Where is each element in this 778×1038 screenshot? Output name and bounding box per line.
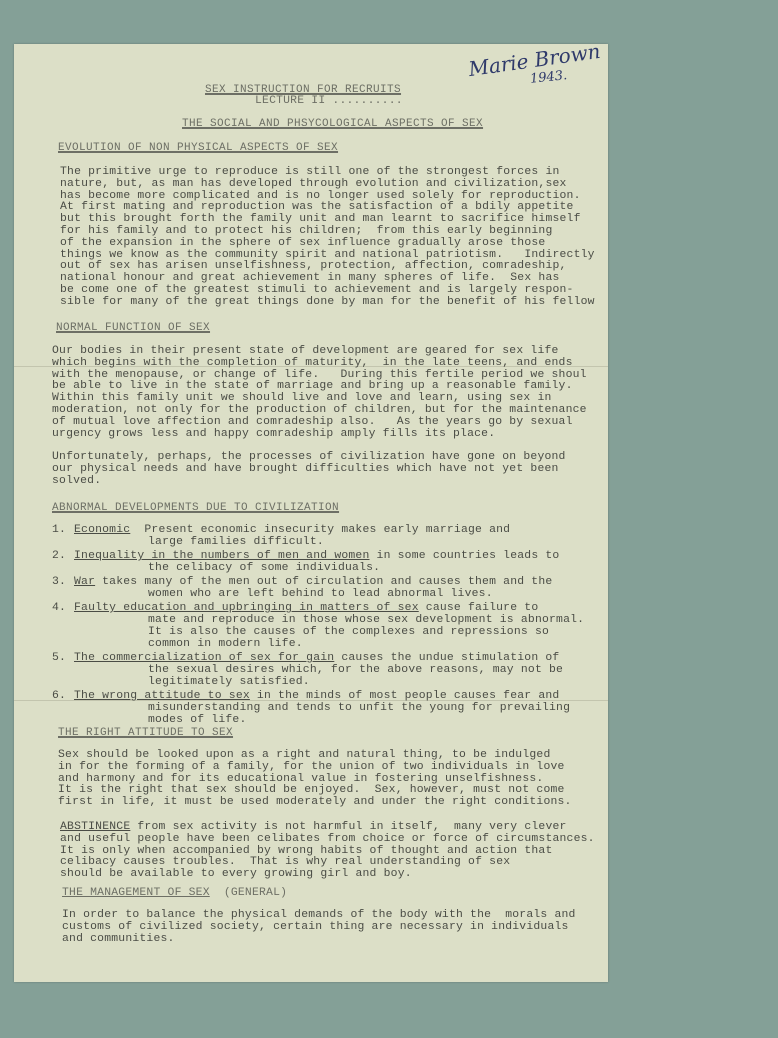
- section-heading-management: THE MANAGEMENT OF SEX (GENERAL): [62, 888, 287, 900]
- list-item-number: 4.: [52, 603, 74, 615]
- text-line: customs of civilized society, certain th…: [62, 922, 576, 934]
- section-body-management: In order to balance the physical demands…: [62, 910, 576, 945]
- lecture-dots: ..........: [332, 95, 402, 107]
- text-line: nature, but, as man has developed throug…: [60, 179, 595, 191]
- list-item-continuation: common in modern life.: [148, 639, 303, 651]
- text-line: sible for many of the great things done …: [60, 297, 595, 309]
- section-heading-evolution: EVOLUTION OF NON PHYSICAL ASPECTS OF SEX: [58, 142, 338, 154]
- text-line: our physical needs and have brought diff…: [52, 464, 566, 476]
- text-line: which begins with the completion of matu…: [52, 358, 587, 370]
- list-item-number: 5.: [52, 653, 74, 665]
- list-item-label: Economic: [74, 524, 130, 536]
- text-line: of the expansion in the sphere of sex in…: [60, 238, 595, 250]
- list-item-number: 6.: [52, 691, 74, 703]
- section-body-evolution: The primitive urge to reproduce is still…: [60, 167, 595, 309]
- list-item-continuation: modes of life.: [148, 715, 247, 727]
- document-subtitle: THE SOCIAL AND PHSYCOLOGICAL ASPECTS OF …: [182, 118, 483, 130]
- list-item-label: The wrong attitude to sex: [74, 690, 250, 702]
- section-heading-right-attitude: THE RIGHT ATTITUDE TO SEX: [58, 727, 233, 739]
- list-item-number: 2.: [52, 551, 74, 563]
- section-paragraph-civilization: Unfortunately, perhaps, the processes of…: [52, 452, 566, 487]
- list-item-label: Inequality in the numbers of men and wom…: [74, 550, 370, 562]
- list-item-label: War: [74, 576, 95, 588]
- text-line: of mutual love affection and comradeship…: [52, 417, 587, 429]
- text-line: and communities.: [62, 934, 576, 946]
- text-line: in for the forming of a family, for the …: [58, 762, 572, 774]
- lecture-label: LECTURE II: [255, 95, 325, 107]
- list-item-continuation: legitimately satisfied.: [148, 677, 310, 689]
- section-body-right-attitude: Sex should be looked upon as a right and…: [58, 750, 572, 809]
- list-item-number: 3.: [52, 577, 74, 589]
- text-line: first in life, it must be used moderatel…: [58, 797, 572, 809]
- lecture-number: LECTURE II ..........: [255, 96, 403, 108]
- abstinence-label: ABSTINENCE: [60, 821, 130, 833]
- list-item-continuation: the celibacy of some individuals.: [148, 563, 380, 575]
- text-line: solved.: [52, 476, 566, 488]
- management-heading-suffix: (GENERAL): [210, 887, 287, 899]
- text-line: moderation, not only for the production …: [52, 405, 587, 417]
- list-item-label: Faulty education and upbringing in matte…: [74, 602, 419, 614]
- text-line: and useful people have been celibates fr…: [60, 834, 595, 846]
- list-item-label: The commercialization of sex for gain: [74, 652, 334, 664]
- section-paragraph-abstinence: ABSTINENCE from sex activity is not harm…: [60, 822, 595, 881]
- list-item-continuation: women who are left behind to lead abnorm…: [148, 589, 493, 601]
- list-item-continuation: large families difficult.: [148, 537, 324, 549]
- section-heading-normal-function: NORMAL FUNCTION OF SEX: [56, 322, 210, 334]
- text-line: be come one of the greatest stimuli to a…: [60, 285, 595, 297]
- section-body-normal-function: Our bodies in their present state of dev…: [52, 346, 587, 440]
- management-heading-label: THE MANAGEMENT OF SEX: [62, 887, 210, 899]
- section-heading-abnormal: ABNORMAL DEVELOPMENTS DUE TO CIVILIZATIO…: [52, 502, 339, 514]
- text-line: for his family and to protect his childr…: [60, 226, 595, 238]
- text-line: should be available to every growing gir…: [60, 869, 595, 881]
- text-line: urgency grows less and happy comradeship…: [52, 429, 587, 441]
- list-item-number: 1.: [52, 525, 74, 537]
